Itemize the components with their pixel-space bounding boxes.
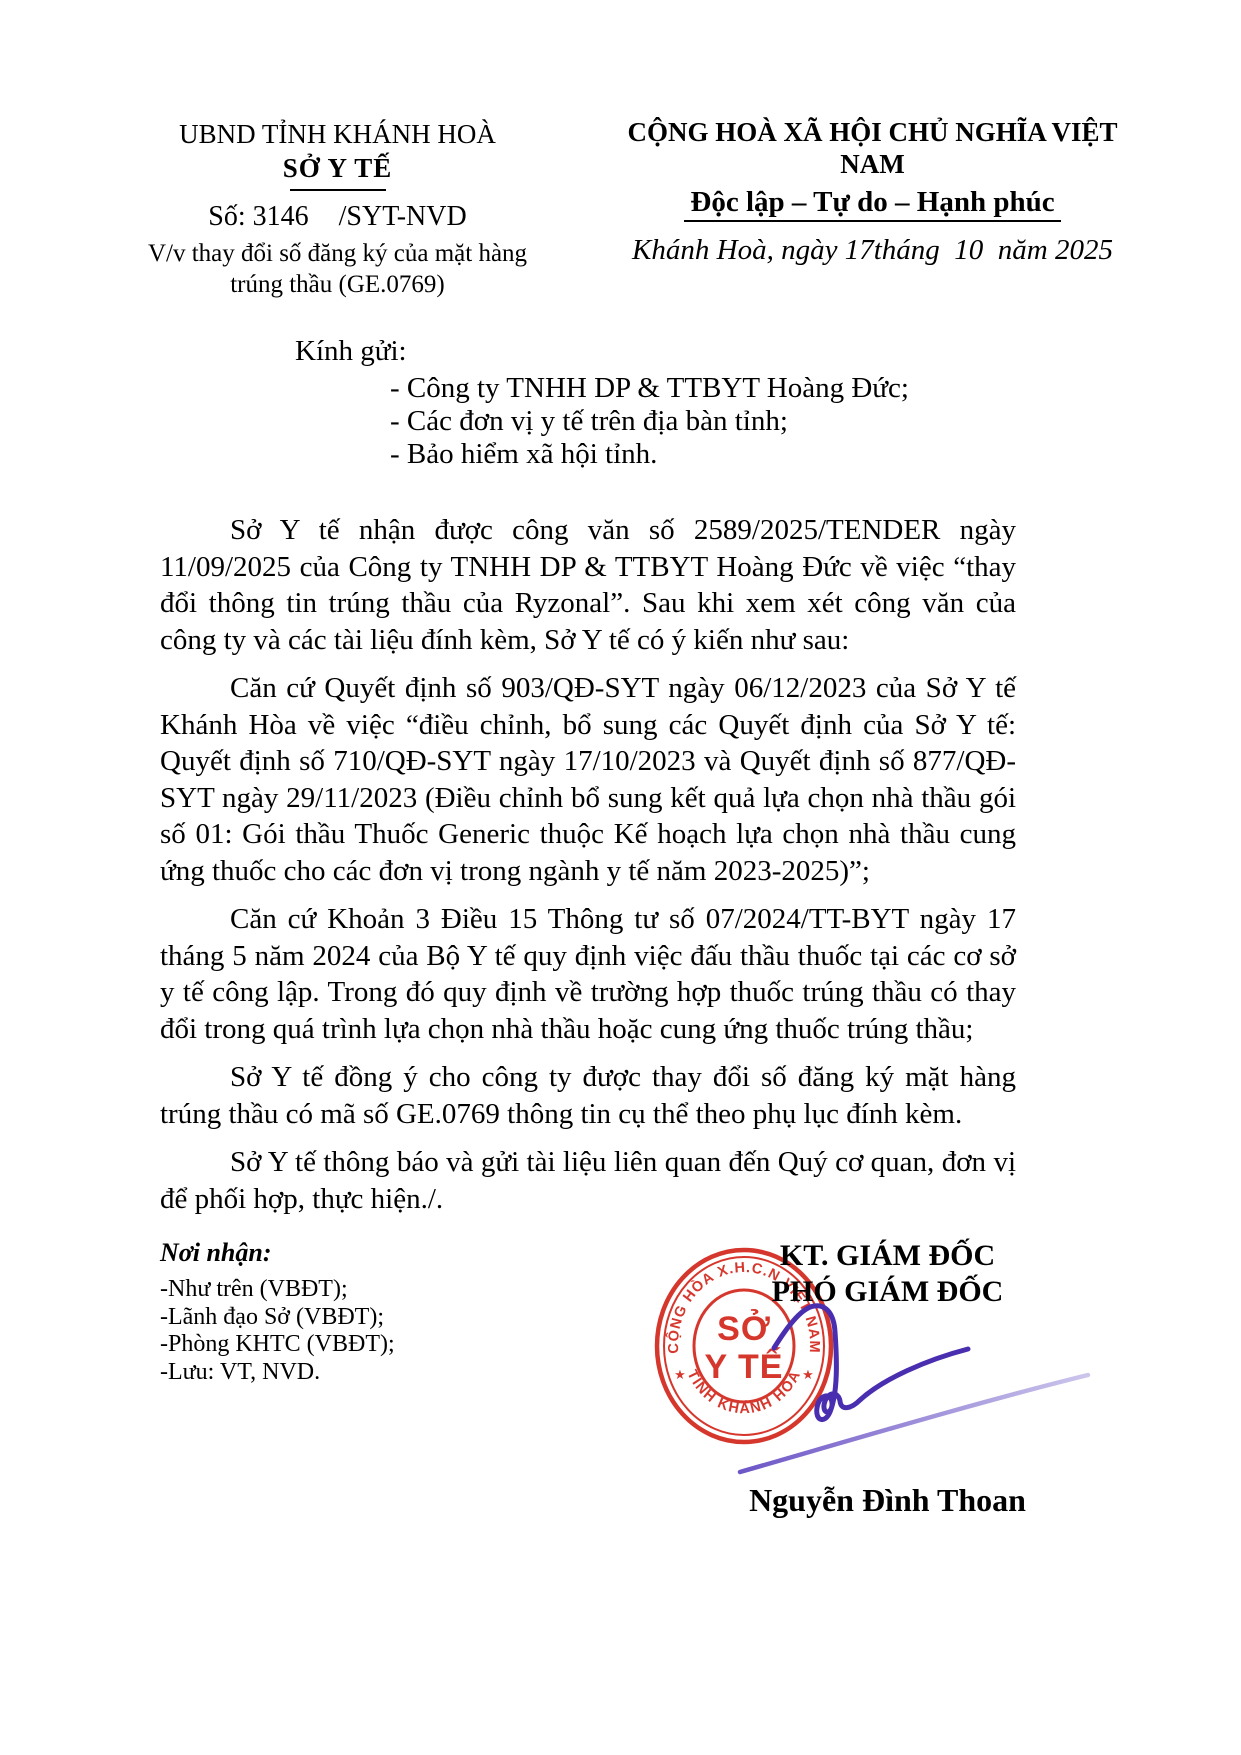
letter-body: Sở Y tế nhận được công văn số 2589/2025/…: [160, 512, 1016, 1217]
document-number: Số: 3146: [208, 201, 308, 232]
noinhan-label: Nơi nhận:: [160, 1238, 272, 1268]
salutation: Kính gửi:: [295, 334, 407, 368]
body-paragraph: Sở Y tế nhận được công văn số 2589/2025/…: [160, 512, 1016, 658]
national-title: CỘNG HOÀ XÃ HỘI CHỦ NGHĨA VIỆT NAM: [600, 116, 1145, 180]
document-subject: V/v thay đổi số đăng ký của mặt hàng trú…: [130, 238, 545, 300]
body-paragraph: Căn cứ Khoản 3 Điều 15 Thông tư số 07/20…: [160, 901, 1016, 1047]
signature-main-stroke: [774, 1306, 968, 1420]
recipient-list: - Công ty TNHH DP & TTBYT Hoàng Đức; - C…: [390, 372, 909, 471]
signer-title-kt: KT. GIÁM ĐỐC: [620, 1238, 1155, 1274]
recipient-item: - Công ty TNHH DP & TTBYT Hoàng Đức;: [390, 372, 909, 405]
issuing-org-name: SỞ Y TẾ: [130, 152, 545, 184]
noinhan-item: -Lưu: VT, NVD.: [160, 1359, 395, 1387]
header-issuing-block: UBND TỈNH KHÁNH HOÀ SỞ Y TẾ Số: 3146/SYT…: [130, 118, 545, 300]
parent-org-name: UBND TỈNH KHÁNH HOÀ: [130, 118, 545, 150]
noinhan-item: -Lãnh đạo Sở (VBĐT);: [160, 1304, 395, 1332]
noinhan-item: -Như trên (VBĐT);: [160, 1276, 395, 1304]
document-number-suffix: /SYT-NVD: [339, 201, 467, 232]
noinhan-list: -Như trên (VBĐT); -Lãnh đạo Sở (VBĐT); -…: [160, 1276, 395, 1386]
document-number-line: Số: 3146/SYT-NVD: [130, 201, 545, 233]
header-national-block: CỘNG HOÀ XÃ HỘI CHỦ NGHĨA VIỆT NAM Độc l…: [600, 116, 1145, 267]
body-paragraph: Căn cứ Quyết định số 903/QĐ-SYT ngày 06/…: [160, 670, 1016, 889]
body-paragraph: Sở Y tế thông báo và gửi tài liệu liên q…: [160, 1144, 1016, 1217]
place-and-date: Khánh Hoà, ngày 17tháng 10 năm 2025: [600, 233, 1145, 267]
national-motto: Độc lập – Tự do – Hạnh phúc: [684, 186, 1060, 222]
signer-name: Nguyễn Đình Thoan: [620, 1482, 1155, 1519]
signature-flourish-stroke: [740, 1375, 1088, 1472]
official-letter-page: UBND TỈNH KHÁNH HOÀ SỞ Y TẾ Số: 3146/SYT…: [0, 0, 1241, 1755]
org-underline-rule: [290, 189, 386, 191]
body-paragraph: Sở Y tế đồng ý cho công ty được thay đổi…: [160, 1059, 1016, 1132]
noinhan-item: -Phòng KHTC (VBĐT);: [160, 1331, 395, 1359]
recipient-item: - Các đơn vị y tế trên địa bàn tỉnh;: [390, 405, 909, 438]
seal-left-star-icon: ★: [674, 1367, 686, 1382]
recipient-item: - Bảo hiểm xã hội tỉnh.: [390, 438, 909, 471]
handwritten-signature: [688, 1288, 1118, 1483]
